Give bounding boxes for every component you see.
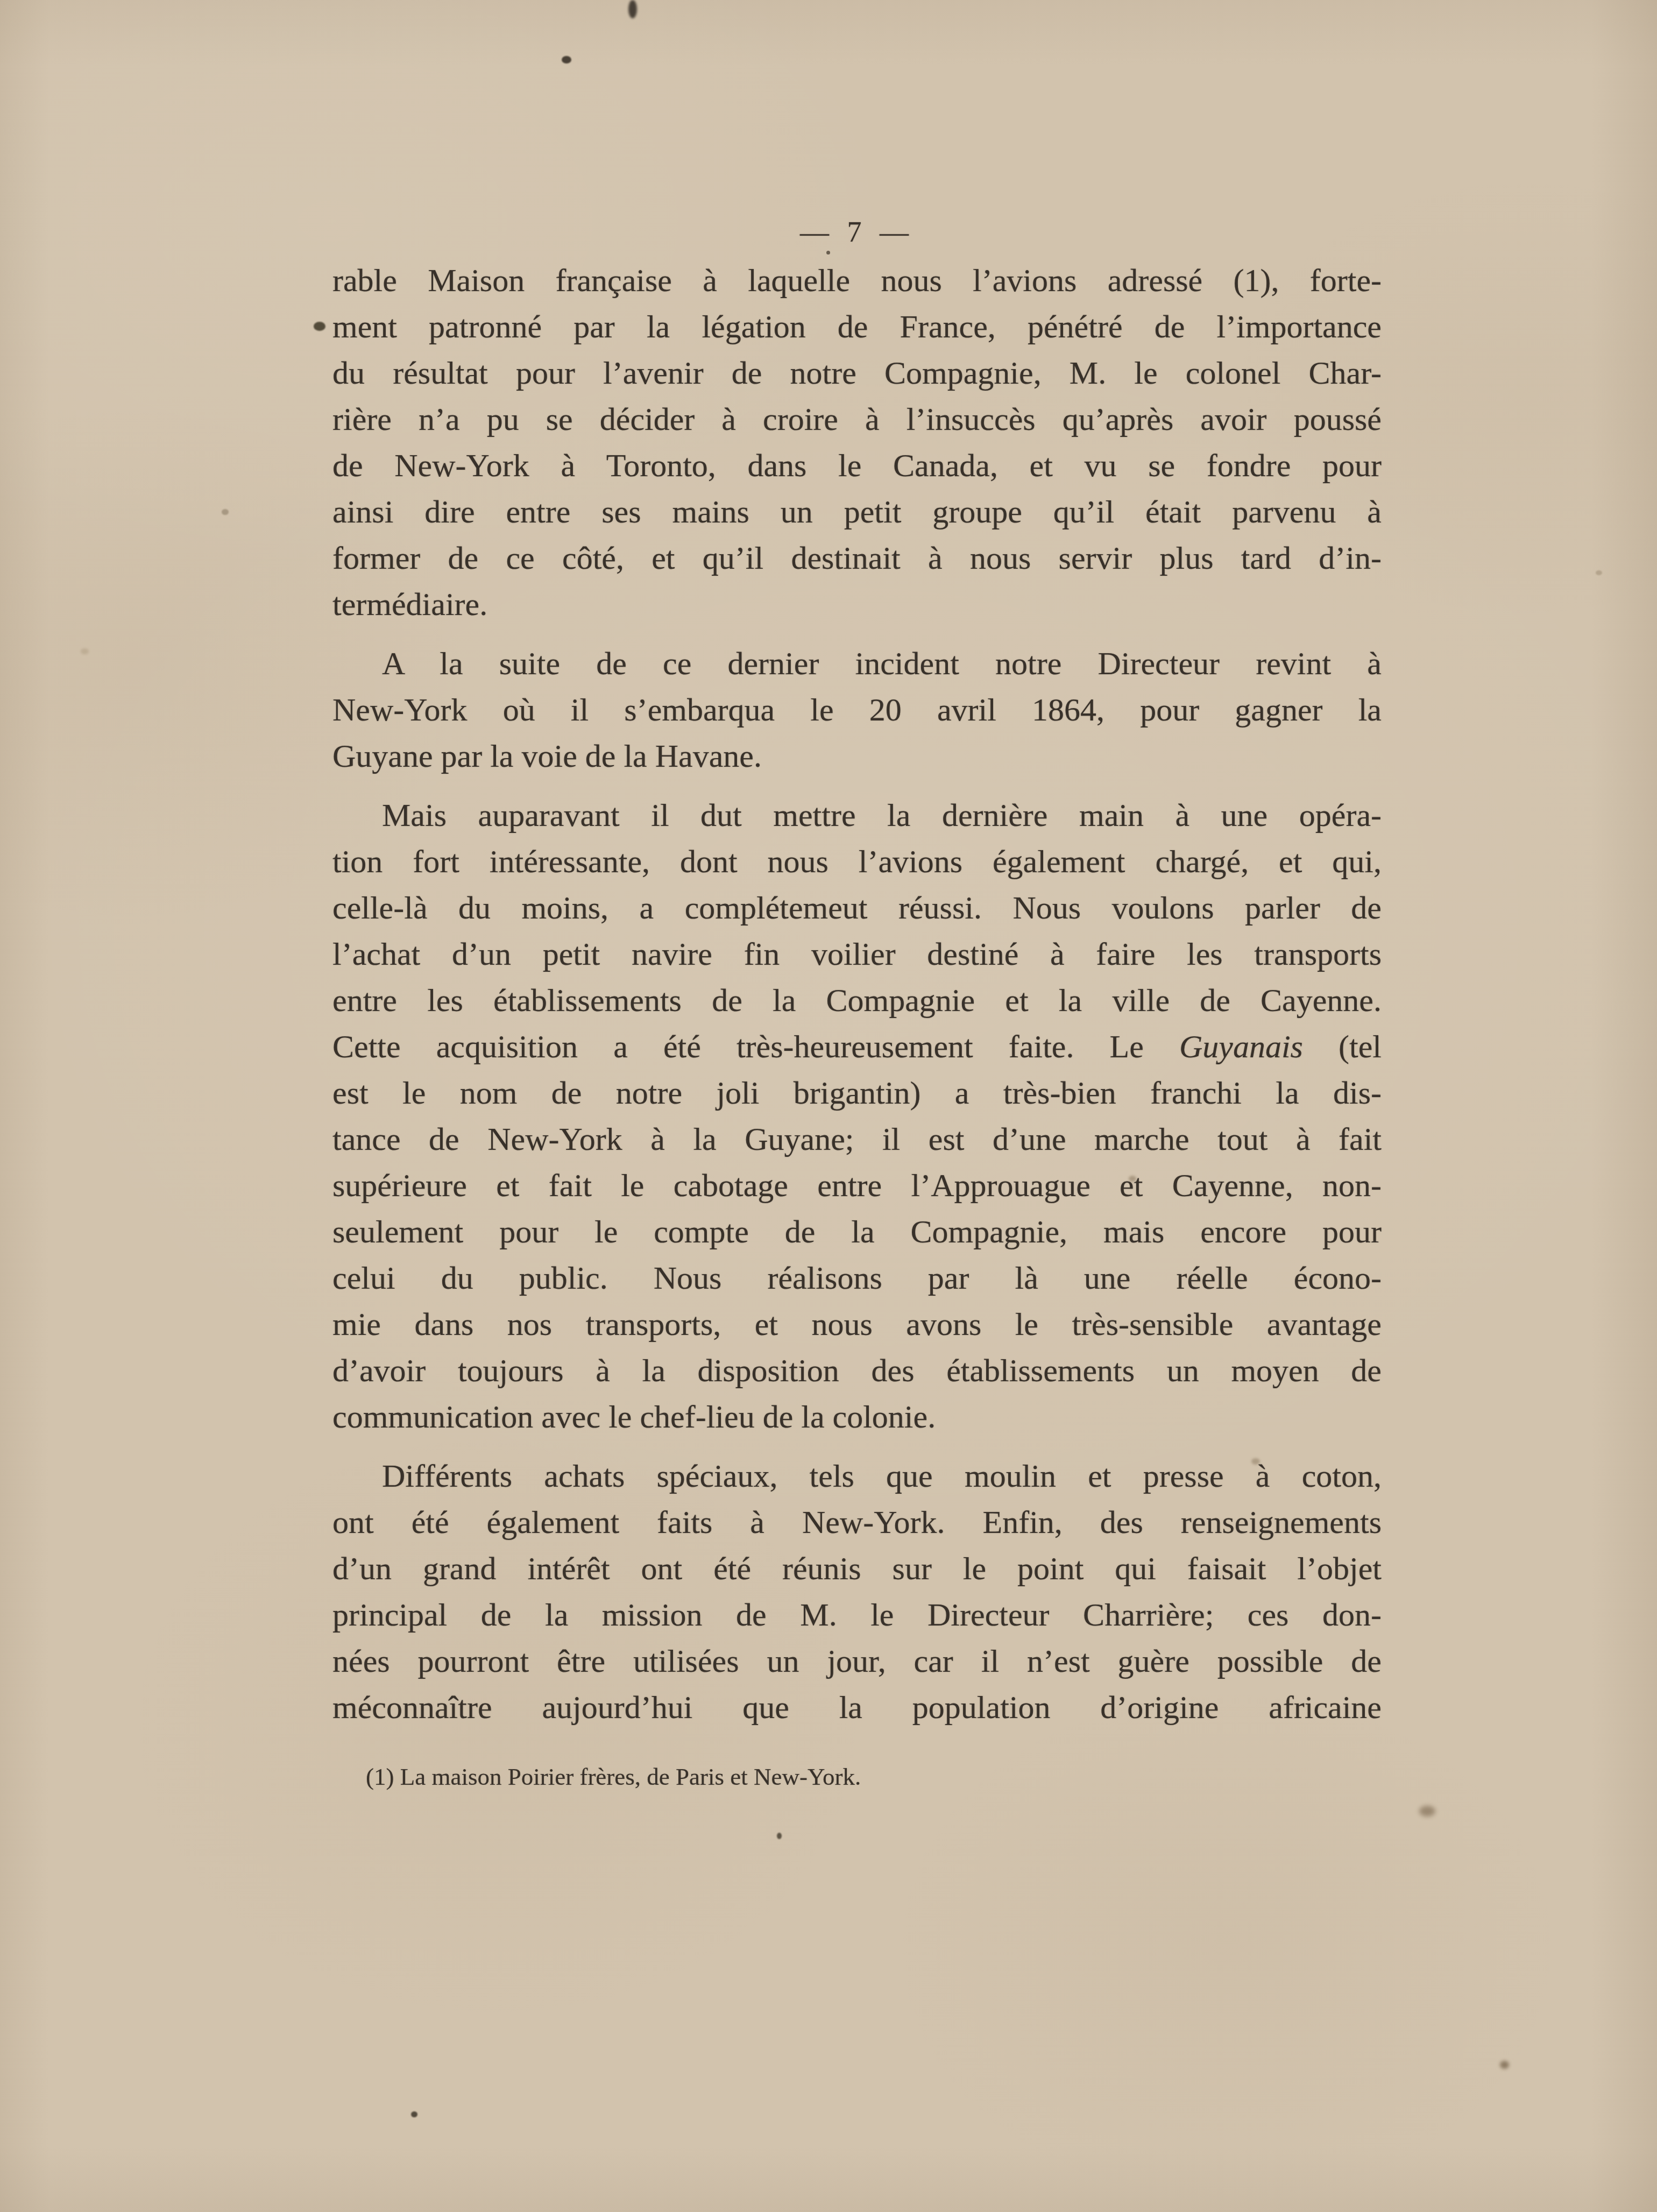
text-line: Cette acquisition a été très-heureusemen… [332,1023,1382,1070]
paper-speck [628,0,637,18]
text-line: New-York où il s’embarqua le 20 avril 18… [332,687,1382,733]
text-line: former de ce côté, et qu’il destinait à … [332,535,1382,581]
footnote: (1) La maison Poirier frères, de Paris e… [366,1761,1388,1793]
text-line: ainsi dire entre ses mains un petit grou… [332,489,1382,535]
paragraph: Mais auparavant il dut mettre la dernièr… [332,792,1382,1440]
text-line: mie dans nos transports, et nous avons l… [332,1301,1382,1347]
paper-speck [222,509,229,515]
paper-speck [562,56,571,63]
paper-speck [1596,570,1602,575]
text-line: termédiaire. [332,581,1382,627]
text-line: entre les établissements de la Compagnie… [332,977,1382,1023]
text-line: Différents achats spéciaux, tels que mou… [332,1453,1382,1499]
text-line: ment patronné par la légation de France,… [332,303,1382,350]
paragraph: A la suite de ce dernier incident notre … [332,640,1382,779]
paper-speck [1419,1806,1435,1817]
text-line: celui du public. Nous réalisons par là u… [332,1255,1382,1301]
text-line: seulement pour le compte de la Compagnie… [332,1209,1382,1255]
paper-speck [411,2111,417,2117]
paper-speck [1251,1458,1260,1465]
paragraph: rable Maison française à laquelle nous l… [332,257,1382,627]
text-line: méconnaître aujourd’hui que la populatio… [332,1684,1382,1730]
text-line: de New-York à Toronto, dans le Canada, e… [332,442,1382,489]
document-page: — 7 — rable Maison française à laquelle … [0,0,1657,2212]
text-line: ont été également faits à New-York. Enfi… [332,1499,1382,1545]
text-line: d’un grand intérêt ont été réunis sur le… [332,1545,1382,1592]
paper-speck [314,322,325,331]
paper-speck [777,1833,782,1839]
paper-speck [826,251,830,255]
text-line: d’avoir toujours à la disposition des ét… [332,1347,1382,1394]
text-line: Mais auparavant il dut mettre la dernièr… [332,792,1382,838]
text-line: principal de la mission de M. le Directe… [332,1592,1382,1638]
text-line: communication avec le chef-lieu de la co… [332,1394,1382,1440]
page-number: — 7 — [332,215,1382,249]
text-line: du résultat pour l’avenir de notre Compa… [332,350,1382,396]
text-line: est le nom de notre joli brigantin) a tr… [332,1070,1382,1116]
text-line: rière n’a pu se décider à croire à l’ins… [332,396,1382,442]
text-line: tance de New-York à la Guyane; il est d’… [332,1116,1382,1162]
paper-speck [81,648,89,654]
paper-speck [1500,2061,1509,2069]
text-line: supérieure et fait le cabotage entre l’A… [332,1162,1382,1209]
text-line: nées pourront être utilisées un jour, ca… [332,1638,1382,1684]
paragraph: Différents achats spéciaux, tels que mou… [332,1453,1382,1730]
text-line: tion fort intéressante, dont nous l’avio… [332,838,1382,885]
text-line: rable Maison française à laquelle nous l… [332,257,1382,303]
text-line: celle-là du moins, a complétemeut réussi… [332,885,1382,931]
body-text: rable Maison française à laquelle nous l… [332,257,1382,1730]
text-line: l’achat d’un petit navire fin voilier de… [332,931,1382,977]
paper-speck [1129,1176,1136,1182]
text-line: Guyane par la voie de la Havane. [332,733,1382,779]
text-line: A la suite de ce dernier incident notre … [332,640,1382,687]
